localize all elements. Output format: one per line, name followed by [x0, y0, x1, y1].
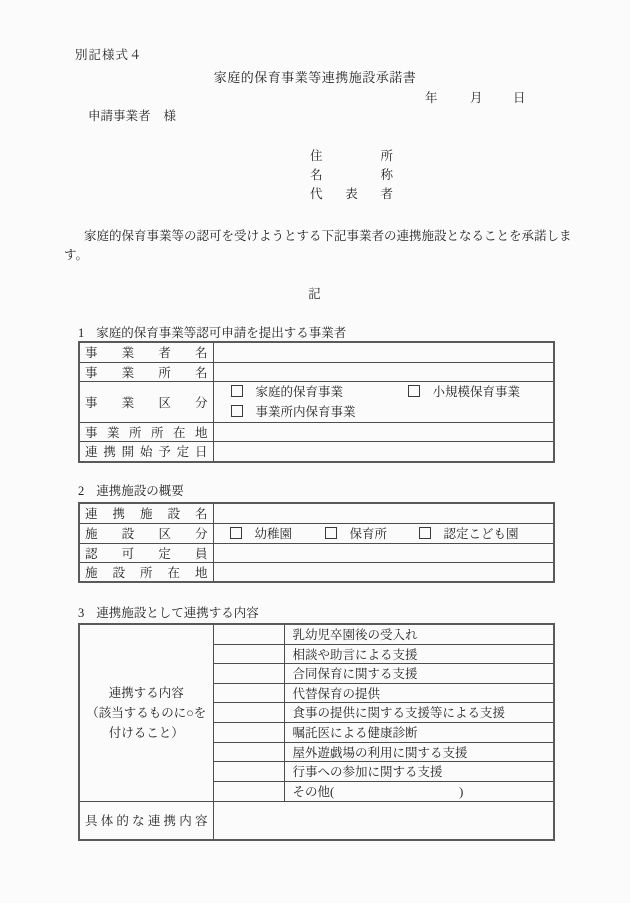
- operator-name-label: 事業者名: [79, 342, 213, 362]
- item-other: その他( ): [284, 781, 554, 801]
- table-row: 事業所名: [79, 362, 554, 381]
- item-graduate-acceptance: 乳幼児卒園後の受入れ: [284, 624, 554, 644]
- item-joint-childcare: 合同保育に関する支援: [284, 663, 554, 683]
- option-kindergarten: 幼稚園: [255, 527, 293, 541]
- ki-marker: 記: [0, 284, 630, 302]
- section2-number: 2: [78, 484, 84, 498]
- facility-name-field[interactable]: [213, 503, 554, 523]
- item-event-participation: 行事への参加に関する支援: [284, 761, 554, 781]
- specific-content-field[interactable]: [213, 801, 554, 840]
- table-row: 連携施設名: [79, 503, 554, 523]
- business-type-options: 家庭的保育事業小規模保育事業 事業所内保育事業: [213, 381, 554, 422]
- date-line: 年 月 日: [0, 88, 630, 104]
- option-nursery: 保育所: [350, 527, 388, 541]
- partnership-content-label: 連携する内容 （該当するものに○を 付けること）: [79, 624, 213, 801]
- addressee-honorific: 様: [164, 109, 177, 123]
- table-row: 施設所在地: [79, 562, 554, 582]
- mark-cell-2[interactable]: [213, 663, 284, 683]
- office-name-field[interactable]: [213, 362, 554, 381]
- table-row: 施設区分 幼稚園保育所認定こども園: [79, 523, 554, 543]
- office-address-field[interactable]: [213, 422, 554, 441]
- table-row: 事業所所在地: [79, 422, 554, 441]
- item-health-checkup: 嘱託医による健康診断: [284, 722, 554, 742]
- partner-facility-table: 連携施設名 施設区分 幼稚園保育所認定こども園 認可定員 施設所在地: [78, 502, 555, 583]
- facility-address-label: 施設所在地: [79, 562, 213, 582]
- applicant-signature-block: 住所 名称 代表者: [310, 147, 393, 204]
- date-month-label: 月: [470, 88, 483, 106]
- applicant-representative-label: 代表者: [310, 185, 393, 204]
- partnership-start-date-label: 連携開始予定日: [79, 441, 213, 462]
- checkbox-nursery-icon[interactable]: [325, 527, 337, 539]
- form-number: 別記様式４: [75, 45, 143, 63]
- table-row: 具体的な連携内容: [79, 801, 554, 840]
- facility-type-label: 施設区分: [79, 523, 213, 543]
- partnership-content-table: 連携する内容 （該当するものに○を 付けること） 乳幼児卒園後の受入れ 相談や助…: [78, 623, 555, 841]
- option-certified-center: 認定こども園: [444, 527, 519, 541]
- checkbox-kindergarten-icon[interactable]: [230, 527, 242, 539]
- section1-number: 1: [78, 326, 84, 340]
- table-row: 連携する内容 （該当するものに○を 付けること） 乳幼児卒園後の受入れ: [79, 624, 554, 644]
- table-row: 事業者名: [79, 342, 554, 362]
- section2-title: 連携施設の概要: [96, 484, 184, 498]
- date-day-label: 日: [513, 88, 526, 106]
- mark-cell-6[interactable]: [213, 742, 284, 761]
- consent-paragraph: 家庭的保育事業等の認可を受けようとする下記事業者の連携施設となることを承諾します…: [64, 227, 576, 264]
- office-address-label: 事業所所在地: [79, 422, 213, 441]
- licensed-capacity-field[interactable]: [213, 543, 554, 562]
- item-meal-support: 食事の提供に関する支援等による支援: [284, 702, 554, 722]
- applicant-operator-table: 事業者名 事業所名 事業区分 家庭的保育事業小規模保育事業 事業所内保育事業 事…: [78, 341, 555, 463]
- item-substitute-childcare: 代替保育の提供: [284, 683, 554, 702]
- facility-address-field[interactable]: [213, 562, 554, 582]
- licensed-capacity-label: 認可定員: [79, 543, 213, 562]
- table-row: 事業区分 家庭的保育事業小規模保育事業 事業所内保育事業: [79, 381, 554, 422]
- mark-cell-8[interactable]: [213, 781, 284, 801]
- applicant-address-label: 住所: [310, 147, 393, 166]
- mark-cell-4[interactable]: [213, 702, 284, 722]
- checkbox-small-scale-icon[interactable]: [408, 385, 420, 397]
- mark-cell-1[interactable]: [213, 644, 284, 663]
- section3-number: 3: [78, 606, 84, 620]
- facility-type-options: 幼稚園保育所認定こども園: [213, 523, 554, 543]
- applicant-name-label: 名称: [310, 166, 393, 185]
- operator-name-field[interactable]: [213, 342, 554, 362]
- addressee-line: 申請事業者様: [88, 106, 176, 124]
- mark-cell-7[interactable]: [213, 761, 284, 781]
- checkbox-certified-center-icon[interactable]: [419, 527, 431, 539]
- option-home-daycare: 家庭的保育事業: [256, 385, 344, 399]
- partnership-start-date-field[interactable]: [213, 441, 554, 462]
- specific-content-label: 具体的な連携内容: [79, 801, 213, 840]
- addressee-label: 申請事業者: [88, 109, 151, 123]
- mark-cell-5[interactable]: [213, 722, 284, 742]
- item-consultation-support: 相談や助言による支援: [284, 644, 554, 663]
- table-row: 認可定員: [79, 543, 554, 562]
- business-type-label: 事業区分: [79, 381, 213, 422]
- mark-cell-3[interactable]: [213, 683, 284, 702]
- date-year-label: 年: [425, 88, 438, 106]
- checkbox-home-daycare-icon[interactable]: [231, 385, 243, 397]
- mark-cell-0[interactable]: [213, 624, 284, 644]
- section1-heading: 1家庭的保育事業等認可申請を提出する事業者: [78, 323, 346, 341]
- option-onsite-daycare: 事業所内保育事業: [256, 405, 356, 419]
- checkbox-onsite-daycare-icon[interactable]: [231, 405, 243, 417]
- section3-heading: 3連携施設として連携する内容: [78, 603, 259, 621]
- item-outdoor-playground: 屋外遊戯場の利用に関する支援: [284, 742, 554, 761]
- facility-name-label: 連携施設名: [79, 503, 213, 523]
- section2-heading: 2連携施設の概要: [78, 481, 184, 499]
- section1-title: 家庭的保育事業等認可申請を提出する事業者: [96, 326, 346, 340]
- document-title: 家庭的保育事業等連携施設承諾書: [0, 67, 630, 86]
- document-page: 別記様式４ 家庭的保育事業等連携施設承諾書 年 月 日 申請事業者様 住所 名称…: [0, 0, 630, 903]
- table-row: 連携開始予定日: [79, 441, 554, 462]
- option-small-scale: 小規模保育事業: [433, 385, 521, 399]
- section3-title: 連携施設として連携する内容: [96, 606, 259, 620]
- office-name-label: 事業所名: [79, 362, 213, 381]
